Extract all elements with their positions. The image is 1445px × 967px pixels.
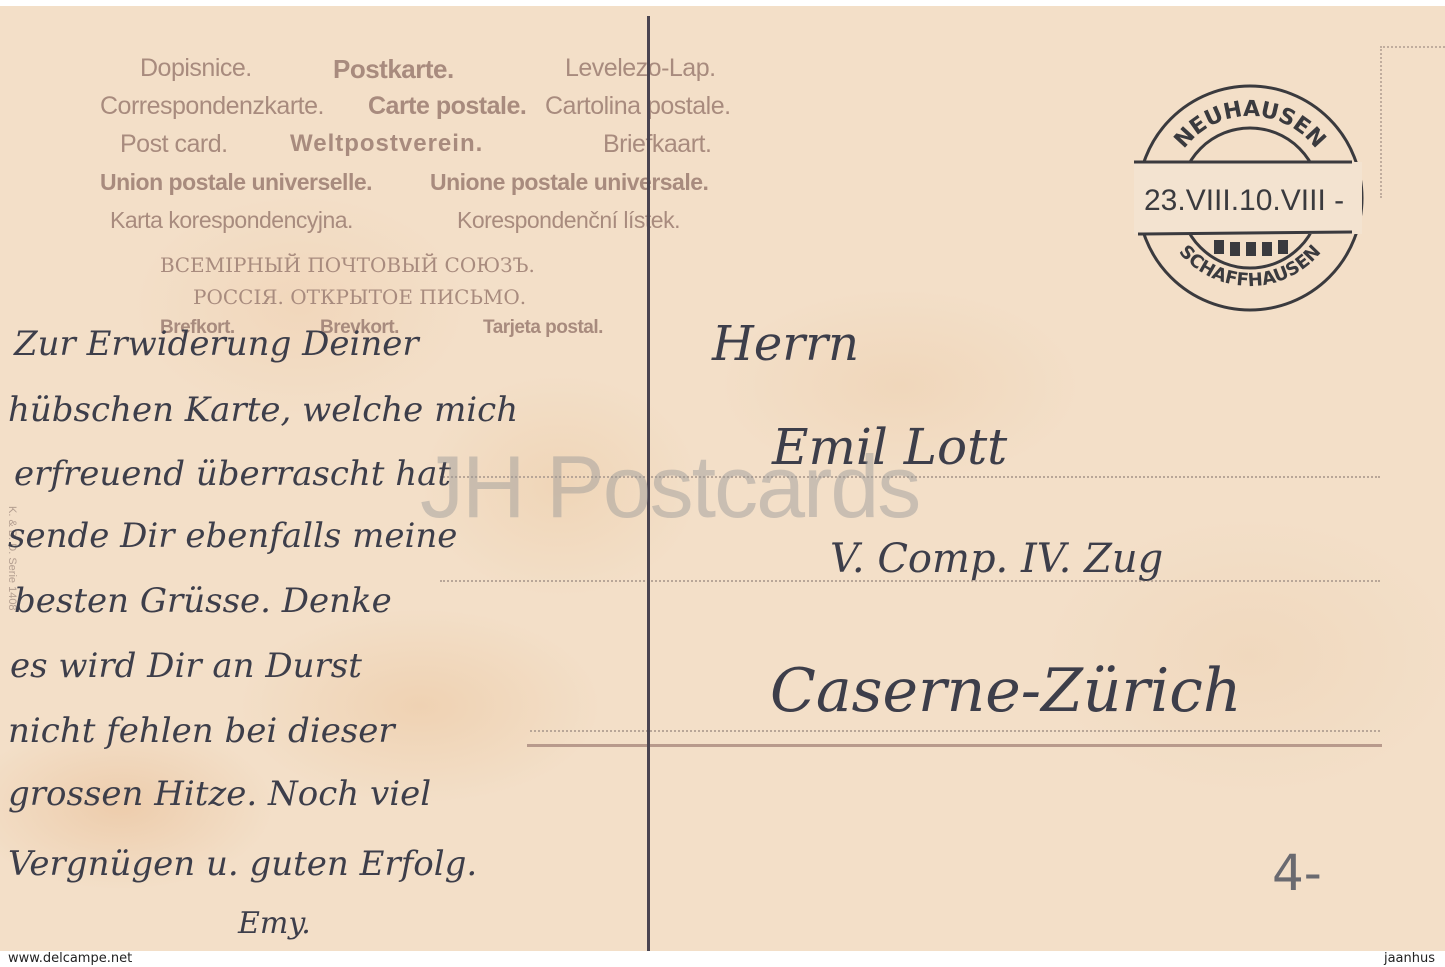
- postmark-circle-icon: NEUHAUSEN SCHAFFHAUSEN 23.VIII.10.VIII -: [1130, 78, 1370, 318]
- message-line: Zur Erwiderung Deiner: [14, 324, 419, 364]
- message-line: es wird Dir an Durst: [10, 646, 362, 686]
- header-text: Carte postale.: [368, 92, 526, 121]
- signature: Emy.: [238, 906, 311, 941]
- footer-seller: jaanhus: [1384, 951, 1435, 966]
- header-text: ВСЕМІРНЫЙ ПОЧТОВЫЙ СОЮЗЪ.: [160, 253, 535, 277]
- header-text: Karta korespondencyjna.: [110, 207, 353, 234]
- watermark: JH Postcards: [420, 436, 919, 538]
- svg-text:NEUHAUSEN: NEUHAUSEN: [1170, 97, 1331, 153]
- header-text: Unione postale universale.: [430, 169, 708, 196]
- address-dotted-line: [530, 730, 1380, 732]
- header-text: Cartolina postale.: [545, 92, 731, 121]
- header-text: Dopisnice.: [140, 54, 252, 83]
- message-line: erfreuend überrascht hat: [14, 454, 451, 494]
- message-line: nicht fehlen bei dieser: [8, 711, 395, 751]
- message-line: grossen Hitze. Noch viel: [8, 774, 431, 814]
- postmark: NEUHAUSEN SCHAFFHAUSEN 23.VIII.10.VIII -: [1130, 78, 1370, 318]
- footer-strip: www.delcampe.net jaanhus: [0, 951, 1445, 967]
- address-line: Caserne-Zürich: [770, 656, 1242, 726]
- header-text: Tarjeta postal.: [483, 317, 603, 339]
- footer-source-link[interactable]: www.delcampe.net: [8, 951, 132, 966]
- message-line: hübschen Karte, welche mich: [8, 390, 518, 430]
- header-text: Levelezo-Lap.: [565, 54, 716, 83]
- header-text: Post card.: [120, 130, 228, 159]
- pencil-mark: 4-: [1272, 844, 1322, 902]
- address-underline: [527, 744, 1382, 747]
- address-line: V. Comp. IV. Zug: [830, 536, 1163, 582]
- header-text: Weltpostverein.: [290, 130, 483, 158]
- header-text: Postkarte.: [333, 54, 454, 85]
- postcard-back: Dopisnice. Postkarte. Levelezo-Lap. Corr…: [0, 6, 1445, 951]
- message-line: sende Dir ebenfalls meine: [8, 516, 457, 556]
- header-text: Union postale universelle.: [100, 169, 372, 196]
- message-line: besten Grüsse. Denke: [14, 581, 392, 621]
- address-line: Herrn: [712, 316, 859, 372]
- header-text: Correspondenzkarte.: [100, 92, 324, 121]
- message-line: Vergnügen u. guten Erfolg.: [8, 844, 477, 884]
- stamp-box: [1380, 46, 1445, 198]
- header-text: РОССІЯ. ОТКРЫТОЕ ПИСЬМО.: [193, 285, 526, 309]
- svg-text:23.VIII.10.VIII -: 23.VIII.10.VIII -: [1144, 184, 1344, 217]
- header-text: Briefkaart.: [603, 130, 711, 159]
